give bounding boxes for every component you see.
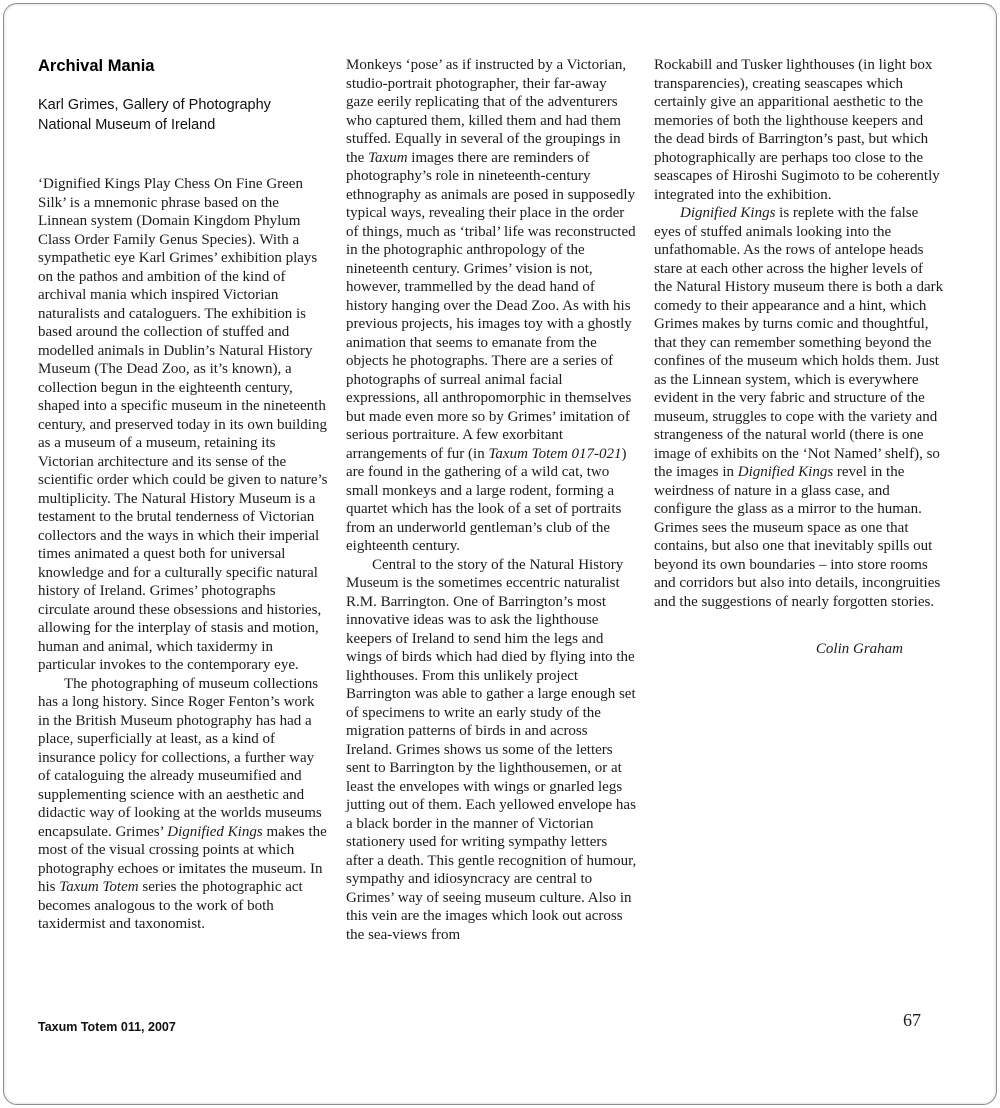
column-1: Archival Mania Karl Grimes, Gallery of P…	[38, 56, 329, 944]
paragraph: Monkeys ‘pose’ as if instructed by a Vic…	[346, 56, 637, 556]
article-content: Archival Mania Karl Grimes, Gallery of P…	[38, 56, 945, 944]
paragraph: ‘Dignified Kings Play Chess On Fine Gree…	[38, 175, 329, 675]
column-3-paragraphs: Rockabill and Tusker lighthouses (in lig…	[654, 56, 945, 611]
byline-line-2: National Museum of Ireland	[38, 115, 329, 135]
paragraph: Central to the story of the Natural Hist…	[346, 556, 637, 945]
article-byline: Karl Grimes, Gallery of Photography Nati…	[38, 95, 329, 135]
column-2: Monkeys ‘pose’ as if instructed by a Vic…	[346, 56, 637, 944]
column-1-paragraphs: ‘Dignified Kings Play Chess On Fine Gree…	[38, 175, 329, 934]
paragraph: Rockabill and Tusker lighthouses (in lig…	[654, 56, 945, 204]
column-2-paragraphs: Monkeys ‘pose’ as if instructed by a Vic…	[346, 56, 637, 944]
scanned-page: Archival Mania Karl Grimes, Gallery of P…	[0, 0, 1000, 1108]
author-signature: Colin Graham	[654, 641, 945, 658]
paragraph: Dignified Kings is replete with the fals…	[654, 204, 945, 611]
footer-series-label: Taxum Totem 011, 2007	[38, 1020, 176, 1034]
column-3: Rockabill and Tusker lighthouses (in lig…	[654, 56, 945, 944]
article-title: Archival Mania	[38, 56, 329, 76]
page-number: 67	[903, 1010, 921, 1031]
paragraph: The photographing of museum collections …	[38, 675, 329, 934]
byline-line-1: Karl Grimes, Gallery of Photography	[38, 95, 329, 115]
